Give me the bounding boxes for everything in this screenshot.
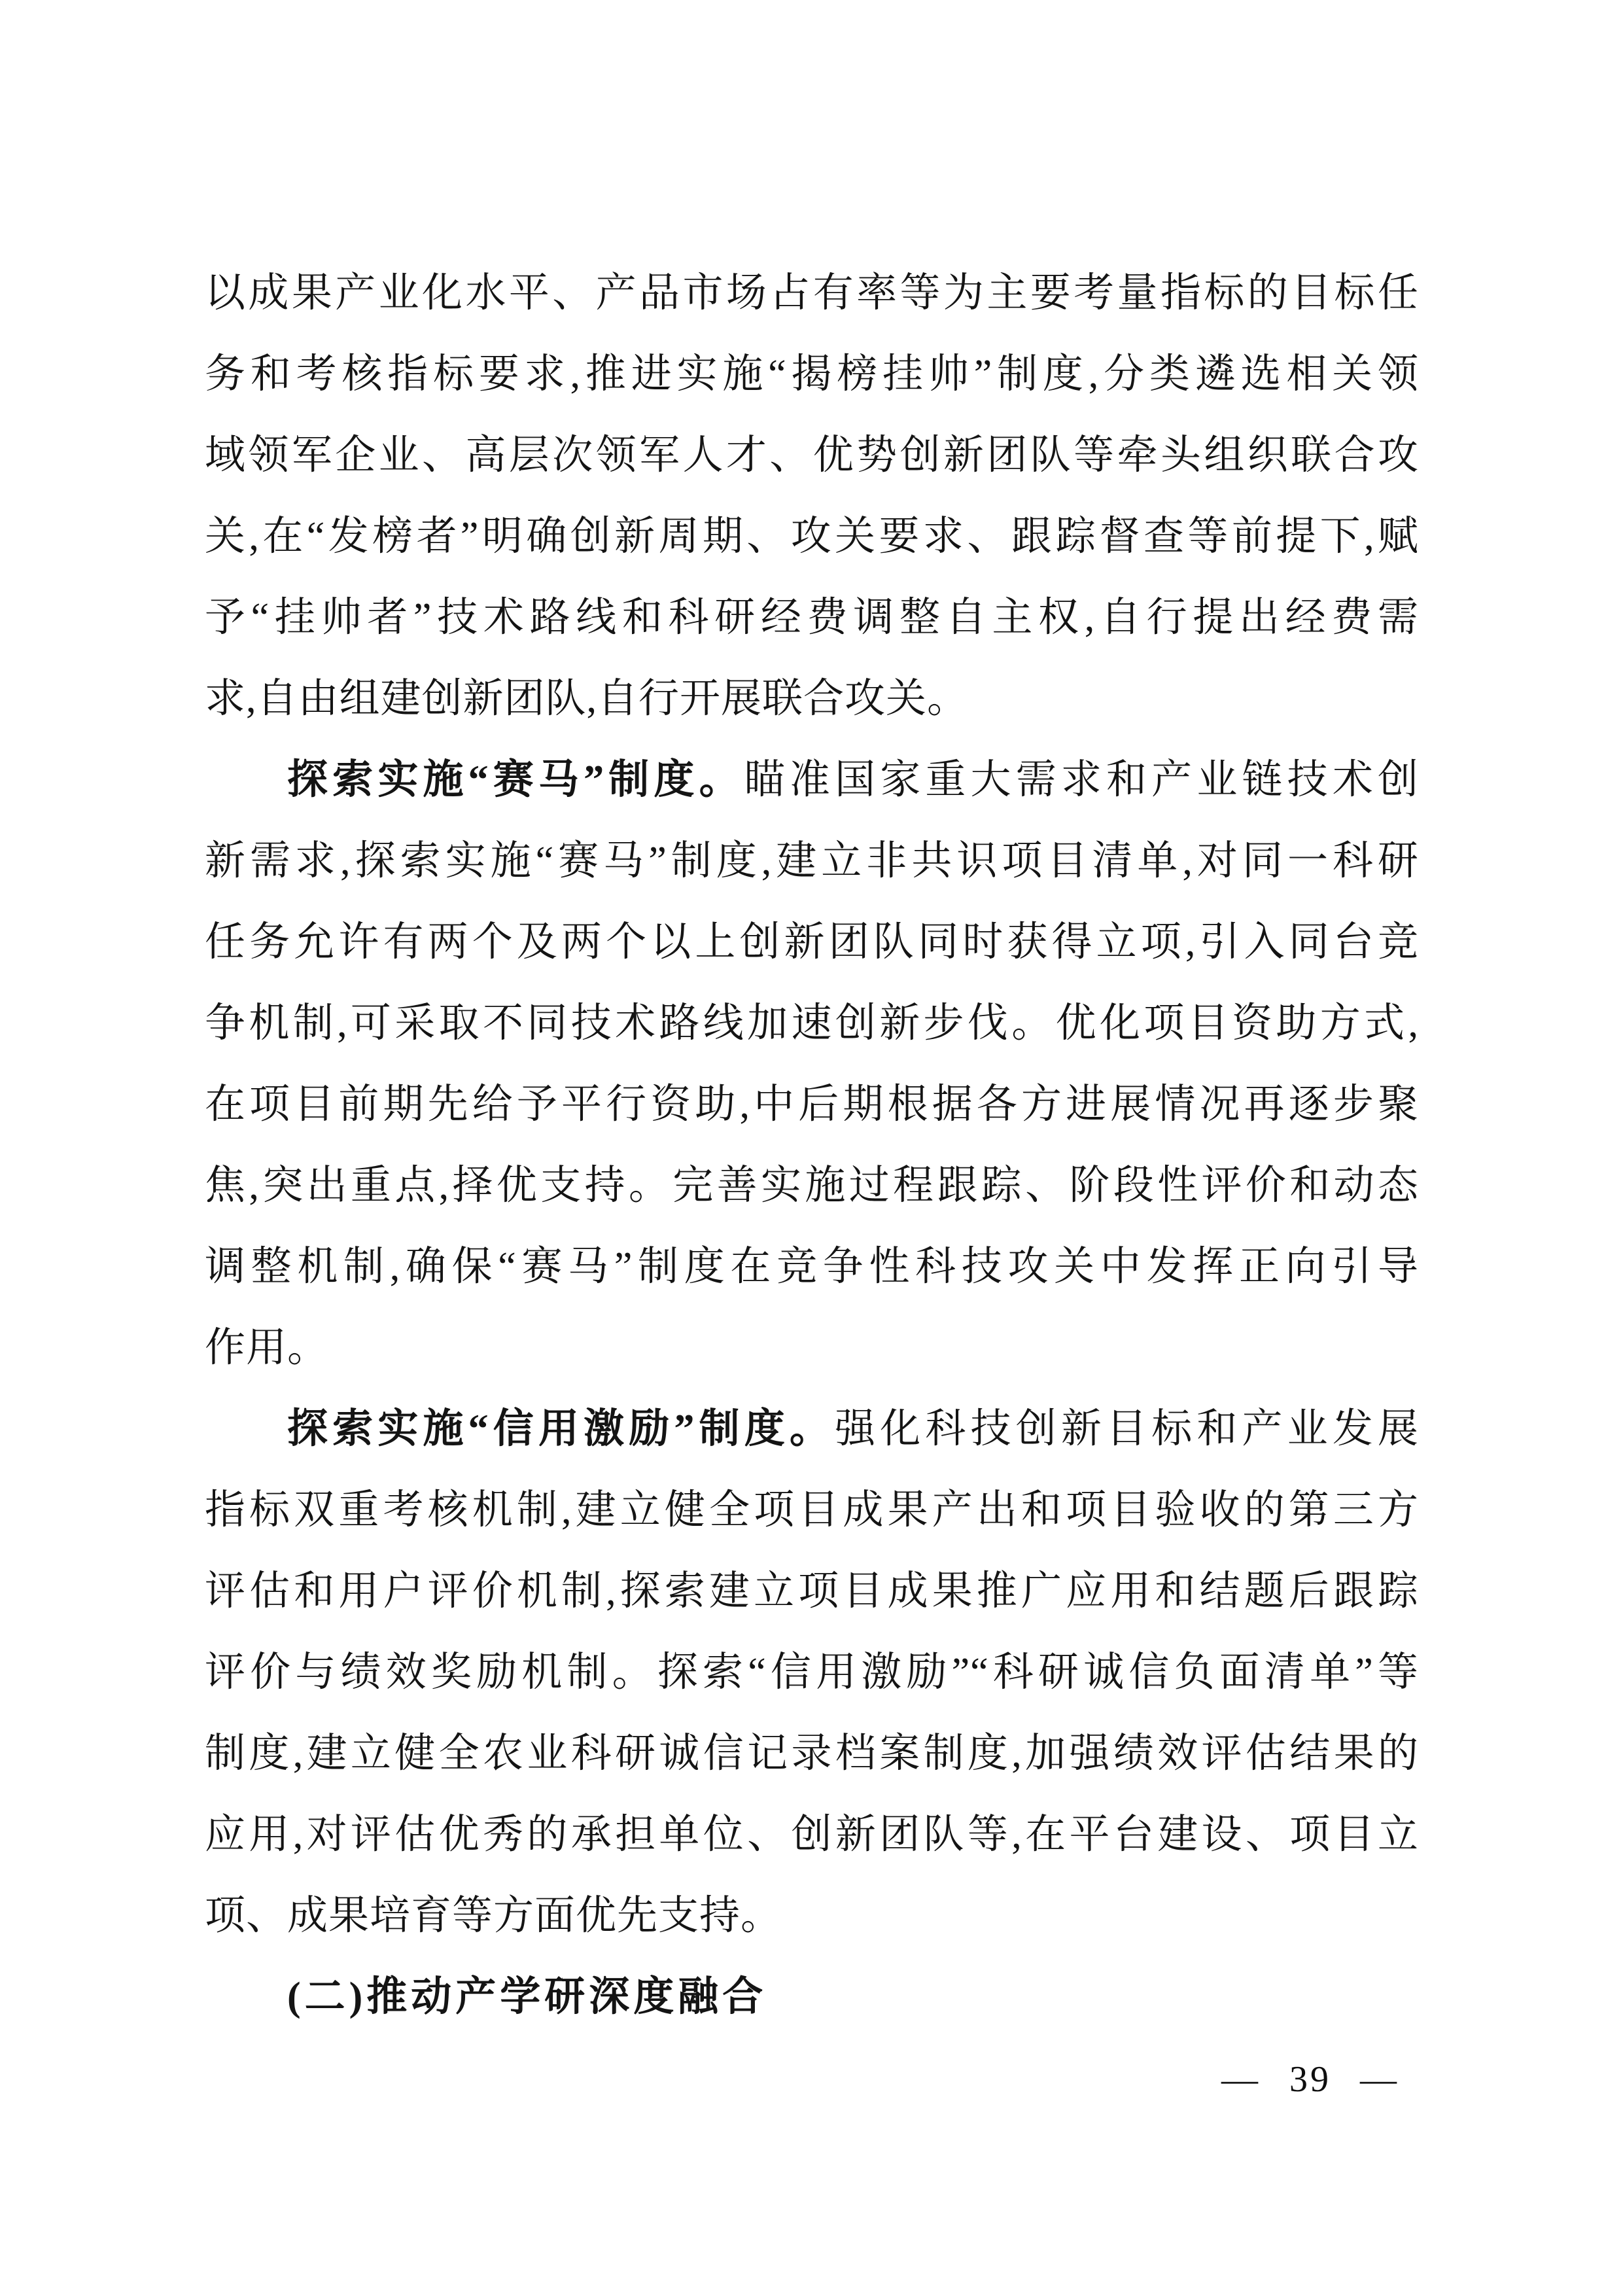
paragraph-lead-bold: 探索实施“赛马”制度。 <box>287 758 744 802</box>
text-line: 在项目前期先给予平行资助,中后期根据各方进展情况再逐步聚 <box>205 1064 1419 1145</box>
text-line: 任务允许有两个及两个以上创新团队同时获得立项,引入同台竞 <box>205 902 1419 983</box>
text-line: 项、成果培育等方面优先支持。 <box>205 1875 1419 1956</box>
text-line: 以成果产业化水平、产品市场占有率等为主要考量指标的目标任 <box>205 253 1419 334</box>
text-line: 予“挂帅者”技术路线和科研经费调整自主权,自行提出经费需 <box>205 577 1419 658</box>
text-line: 焦,突出重点,择优支持。完善实施过程跟踪、阶段性评价和动态 <box>205 1145 1419 1226</box>
text-line: 制度,建立健全农业科研诚信记录档案制度,加强绩效评估结果的 <box>205 1713 1419 1794</box>
text-block: 以成果产业化水平、产品市场占有率等为主要考量指标的目标任 务和考核指标要求,推进… <box>205 253 1419 2038</box>
paragraph-carryover: 以成果产业化水平、产品市场占有率等为主要考量指标的目标任 务和考核指标要求,推进… <box>205 253 1419 739</box>
paragraph-lead-bold: 探索实施“信用激励”制度。 <box>287 1407 835 1451</box>
paragraph-credit-incentive-system: 探索实施“信用激励”制度。强化科技创新目标和产业发展 指标双重考核机制,建立健全… <box>205 1388 1419 1956</box>
text-line: 求,自由组建创新团队,自行开展联合攻关。 <box>205 658 1419 739</box>
text-line: 争机制,可采取不同技术路线加速创新步伐。优化项目资助方式, <box>205 983 1419 1064</box>
text-line: 域领军企业、高层次领军人才、优势创新团队等牵头组织联合攻 <box>205 415 1419 496</box>
text-line: 探索实施“赛马”制度。瞄准国家重大需求和产业链技术创 <box>205 739 1419 821</box>
text-line: 关,在“发榜者”明确创新周期、攻关要求、跟踪督查等前提下,赋 <box>205 496 1419 577</box>
paragraph-lead-rest: 强化科技创新目标和产业发展 <box>835 1407 1419 1451</box>
text-line: 评价与绩效奖励机制。探索“信用激励”“科研诚信负面清单”等 <box>205 1632 1419 1713</box>
text-line: 务和考核指标要求,推进实施“揭榜挂帅”制度,分类遴选相关领 <box>205 334 1419 415</box>
paragraph-lead-rest: 瞄准国家重大需求和产业链技术创 <box>744 758 1419 802</box>
document-page: 以成果产业化水平、产品市场占有率等为主要考量指标的目标任 务和考核指标要求,推进… <box>0 0 1623 2296</box>
paragraph-horse-race-system: 探索实施“赛马”制度。瞄准国家重大需求和产业链技术创 新需求,探索实施“赛马”制… <box>205 739 1419 1388</box>
text-line: 评估和用户评价机制,探索建立项目成果推广应用和结题后跟踪 <box>205 1551 1419 1632</box>
text-line: 指标双重考核机制,建立健全项目成果产出和项目验收的第三方 <box>205 1470 1419 1551</box>
text-line: 探索实施“信用激励”制度。强化科技创新目标和产业发展 <box>205 1388 1419 1470</box>
text-line: 作用。 <box>205 1307 1419 1388</box>
text-line: 应用,对评估优秀的承担单位、创新团队等,在平台建设、项目立 <box>205 1794 1419 1875</box>
text-line: 调整机制,确保“赛马”制度在竞争性科技攻关中发挥正向引导 <box>205 1226 1419 1307</box>
page-number: — 39 — <box>1221 2058 1399 2100</box>
section-heading: (二)推动产学研深度融合 <box>205 1956 1419 2038</box>
text-line: 新需求,探索实施“赛马”制度,建立非共识项目清单,对同一科研 <box>205 821 1419 902</box>
